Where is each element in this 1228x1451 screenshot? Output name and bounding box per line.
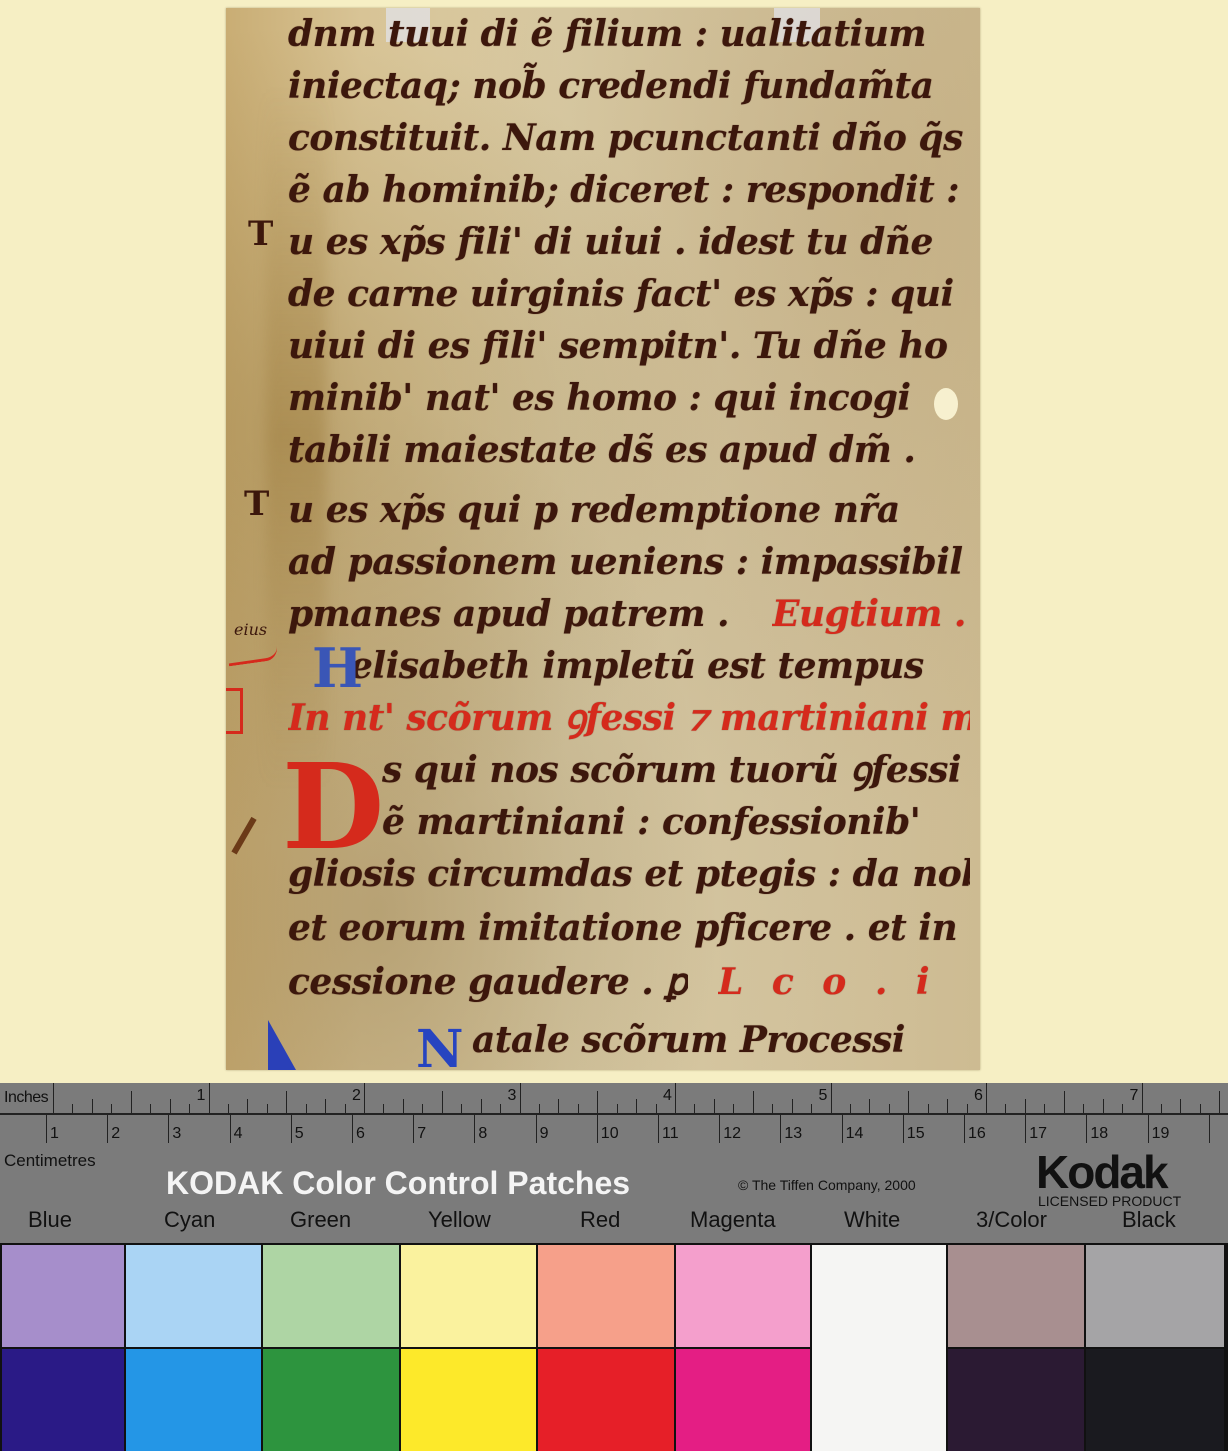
inch-tick: [247, 1099, 248, 1113]
inch-tick: [520, 1083, 521, 1113]
inch-tick: [1025, 1099, 1026, 1113]
rubric-lectio: L c o . i: [718, 956, 938, 1008]
inch-tick: [267, 1104, 268, 1113]
inch-ruler: Inches 12345678: [0, 1083, 1228, 1115]
cm-tick-label: 4: [234, 1125, 243, 1143]
inch-tick: [422, 1104, 423, 1113]
inch-tick: [753, 1091, 754, 1113]
cm-tick-label: 5: [295, 1125, 304, 1143]
inch-tick: [947, 1099, 948, 1113]
text-line: atale scõrum Processi: [472, 1014, 970, 1066]
cm-tick-label: 10: [601, 1125, 619, 1143]
inch-tick: [1122, 1104, 1123, 1113]
patch-cyan-light: [126, 1245, 261, 1347]
inch-tick: [92, 1099, 93, 1113]
inch-tick: [578, 1104, 579, 1113]
patch-green-light: [263, 1245, 399, 1347]
cm-tick-label: 1: [50, 1125, 59, 1143]
inch-tick: [1083, 1104, 1084, 1113]
inch-tick: [908, 1091, 909, 1113]
inch-tick: [345, 1104, 346, 1113]
cm-tick: [536, 1115, 537, 1143]
text-line: cessione gaudere . ꝑ: [288, 956, 688, 1008]
inch-tick: [500, 1104, 501, 1113]
inch-tick: [636, 1099, 637, 1113]
rubric-line: In nt' scõrum ꝯfessi ⁊ martiniani mr: [288, 692, 970, 744]
inch-tick: [869, 1099, 870, 1113]
patch-label-black: Black: [1122, 1207, 1176, 1233]
inch-tick: [189, 1104, 190, 1113]
inch-tick: [597, 1091, 598, 1113]
inch-tick: [72, 1104, 73, 1113]
color-patches: [0, 1243, 1228, 1451]
cm-tick-label: 8: [478, 1125, 487, 1143]
text-line: constituit. Nam pcunctanti dño q̃s: [288, 112, 970, 164]
patch-label-blue: Blue: [28, 1207, 72, 1233]
cm-tick: [230, 1115, 231, 1143]
patch-label-cyan: Cyan: [164, 1207, 215, 1233]
cm-tick-label: 11: [662, 1125, 679, 1143]
cm-tick: [719, 1115, 720, 1143]
initial-h-blue: H: [312, 636, 363, 700]
inch-tick: [209, 1083, 210, 1113]
patch-label-green: Green: [290, 1207, 351, 1233]
inch-tick: [383, 1104, 384, 1113]
inch-tick: [481, 1099, 482, 1113]
inch-tick: [1142, 1083, 1143, 1113]
patch-magenta-dark: [676, 1349, 810, 1451]
cm-tick-label: 18: [1090, 1125, 1108, 1143]
text-line: gliosis circumdas et ptegis : da nob: [288, 848, 970, 900]
text-line: elisabeth impletũ est tempus: [350, 640, 970, 692]
initial-d-red: D: [282, 748, 384, 866]
kodak-color-target: Inches 12345678 123456789101112131415161…: [0, 1083, 1228, 1451]
cm-tick: [1148, 1115, 1149, 1143]
text-line: ad passionem ueniens : impassibil: [288, 536, 970, 588]
patch-label-yellow: Yellow: [428, 1207, 491, 1233]
margin-mark: T: [244, 484, 269, 524]
patch-blue-dark: [2, 1349, 124, 1451]
inch-tick: [1103, 1099, 1104, 1113]
inch-tick: [111, 1104, 112, 1113]
inch-tick-label: 7: [1130, 1087, 1139, 1105]
patch-white: [812, 1245, 946, 1451]
inch-tick-label: 4: [663, 1087, 672, 1105]
patch-labels: Blue Cyan Green Yellow Red Magenta White…: [0, 1207, 1228, 1243]
red-bracket: [226, 688, 243, 734]
text-line: u es xp̃s fili' di uiui . idest tu dñe: [288, 216, 970, 268]
cm-tick: [1209, 1115, 1210, 1143]
cm-tick-label: 3: [172, 1125, 181, 1143]
patch-magenta-light: [676, 1245, 810, 1347]
inch-tick-label: 6: [974, 1087, 983, 1105]
patch-yellow-dark: [401, 1349, 536, 1451]
inch-tick: [170, 1099, 171, 1113]
inch-tick: [150, 1104, 151, 1113]
patch-blue-light: [2, 1245, 124, 1347]
inch-tick: [1044, 1104, 1045, 1113]
cm-tick-label: 16: [968, 1125, 986, 1143]
text-line: ẽ martiniani : confessionib': [382, 796, 970, 848]
patch-red-dark: [538, 1349, 674, 1451]
inch-tick: [967, 1104, 968, 1113]
inch-tick: [403, 1099, 404, 1113]
inch-tick: [131, 1091, 132, 1113]
target-title: KODAK Color Control Patches: [166, 1165, 630, 1202]
inch-tick: [617, 1104, 618, 1113]
copyright-text: © The Tiffen Company, 2000: [738, 1177, 916, 1193]
inch-tick: [675, 1083, 676, 1113]
inch-tick: [461, 1104, 462, 1113]
patch-black-dark: [1086, 1349, 1224, 1451]
patch-green-dark: [263, 1349, 399, 1451]
text-line: pmanes apud patrem .: [288, 588, 729, 640]
inch-tick: [928, 1104, 929, 1113]
inch-tick: [772, 1104, 773, 1113]
inch-tick: [694, 1104, 695, 1113]
cm-tick: [903, 1115, 904, 1143]
inch-tick: [364, 1083, 365, 1113]
cm-tick-label: 7: [417, 1125, 426, 1143]
patch-label-magenta: Magenta: [690, 1207, 776, 1233]
inch-tick-label: 1: [197, 1087, 206, 1105]
text-line: de carne uirginis fact' es xp̃s : qui: [288, 268, 970, 320]
inch-tick: [539, 1104, 540, 1113]
margin-mark: T: [248, 214, 273, 254]
manuscript-text: dnm tuui di ẽ filium : ualitatium iniect…: [226, 8, 980, 1070]
manuscript-leaf: dnm tuui di ẽ filium : ualitatium iniect…: [226, 8, 980, 1070]
cm-tick-label: 14: [846, 1125, 864, 1143]
inch-tick: [1161, 1104, 1162, 1113]
inch-tick-label: 3: [508, 1087, 517, 1105]
cm-tick: [780, 1115, 781, 1143]
text-line: u es xp̃s qui p redemptione nr̃a: [288, 484, 970, 536]
cm-tick: [597, 1115, 598, 1143]
blue-initial-fragment: [268, 1020, 296, 1070]
text-line: uiui di es fili' sempitn'. Tu dñe ho: [288, 320, 970, 372]
cm-tick-label: 12: [723, 1125, 741, 1143]
inch-tick: [656, 1104, 657, 1113]
cm-tick: [1025, 1115, 1026, 1143]
cm-tick-label: 9: [540, 1125, 549, 1143]
inch-tick-label: 2: [352, 1087, 361, 1105]
inch-tick: [53, 1083, 54, 1113]
inch-tick: [850, 1104, 851, 1113]
cm-tick-label: 19: [1152, 1125, 1170, 1143]
cm-tick: [413, 1115, 414, 1143]
inch-tick: [811, 1104, 812, 1113]
cm-tick-label: 15: [907, 1125, 925, 1143]
cm-tick: [1086, 1115, 1087, 1143]
cm-tick: [352, 1115, 353, 1143]
text-line: tabili maiestate ds̃ es apud dm̃ .: [288, 424, 970, 476]
inch-tick: [1064, 1091, 1065, 1113]
kodak-logo: Kodak: [1036, 1145, 1167, 1199]
cm-tick-label: 2: [111, 1125, 120, 1143]
cm-tick: [291, 1115, 292, 1143]
inch-tick: [558, 1099, 559, 1113]
margin-note: eius: [234, 620, 267, 639]
patch-label-3color: 3/Color: [976, 1207, 1047, 1233]
patch-label-red: Red: [580, 1207, 620, 1233]
cm-tick-label: 17: [1029, 1125, 1047, 1143]
rubric-evangelium: Eugtium .: [772, 588, 966, 640]
inch-tick-label: 5: [819, 1087, 828, 1105]
patch-3color-dark: [948, 1349, 1084, 1451]
inch-tick: [325, 1099, 326, 1113]
patch-label-white: White: [844, 1207, 900, 1233]
patch-black-light: [1086, 1245, 1224, 1347]
cm-tick: [964, 1115, 965, 1143]
cm-ruler: 12345678910111213141516171819: [0, 1115, 1228, 1145]
cm-tick: [658, 1115, 659, 1143]
inch-tick: [831, 1083, 832, 1113]
cm-tick: [168, 1115, 169, 1143]
text-line: minib' nat' es homo : qui incogi: [288, 372, 970, 424]
patch-yellow-light: [401, 1245, 536, 1347]
cm-tick: [107, 1115, 108, 1143]
inch-tick: [733, 1104, 734, 1113]
cm-tick-label: 6: [356, 1125, 365, 1143]
inch-tick: [286, 1091, 287, 1113]
inch-tick: [306, 1104, 307, 1113]
text-line: dnm tuui di ẽ filium : ualitatium: [288, 8, 970, 60]
text-line: et eorum imitatione pficere . et in: [288, 902, 970, 954]
inch-tick: [1005, 1104, 1006, 1113]
text-line: iniectaq; nob̃ credendi fundam̃ta: [288, 60, 970, 112]
patch-red-light: [538, 1245, 674, 1347]
inch-tick: [442, 1091, 443, 1113]
initial-n-blue: N: [416, 1024, 464, 1076]
patch-3color-light: [948, 1245, 1084, 1347]
inch-tick: [1200, 1104, 1201, 1113]
inch-tick: [1219, 1091, 1220, 1113]
inch-tick: [792, 1099, 793, 1113]
cm-tick-label: 13: [784, 1125, 802, 1143]
patch-cyan-dark: [126, 1349, 261, 1451]
inch-tick: [228, 1104, 229, 1113]
centimetres-label: Centimetres: [4, 1151, 96, 1171]
text-line: s qui nos scõrum tuorũ ꝯfessi: [382, 744, 970, 796]
text-line: ẽ ab hominib; diceret : respondit :: [288, 164, 970, 216]
cm-tick: [474, 1115, 475, 1143]
cm-tick: [842, 1115, 843, 1143]
inch-tick: [714, 1099, 715, 1113]
inches-label: Inches: [4, 1089, 48, 1107]
inch-tick: [889, 1104, 890, 1113]
inch-tick: [1180, 1099, 1181, 1113]
inch-tick: [986, 1083, 987, 1113]
cm-tick: [46, 1115, 47, 1143]
